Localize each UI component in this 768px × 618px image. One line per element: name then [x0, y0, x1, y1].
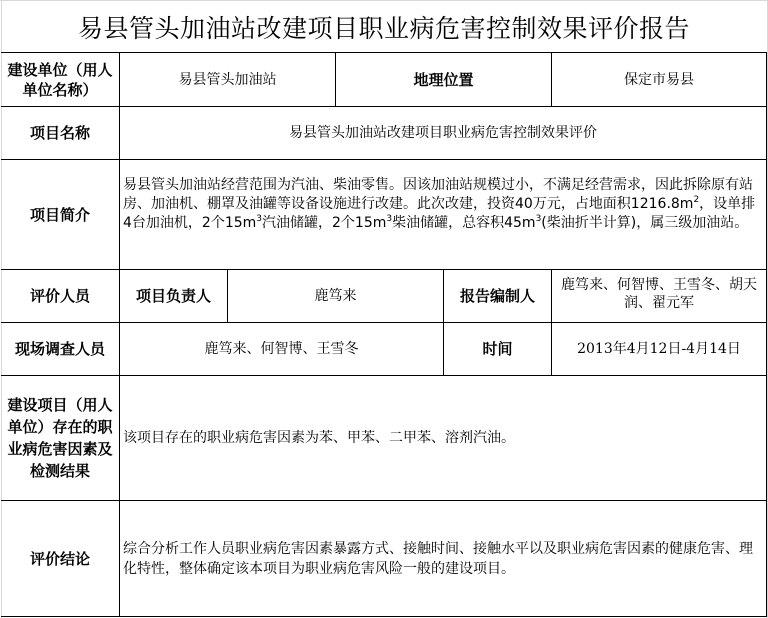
survey-staff-label-text: 现场调查人员 — [15, 339, 105, 359]
evaluators-label: 评价人员 — [1, 270, 120, 323]
project-intro-label: 项目简介 — [1, 160, 120, 270]
hazards-label: 建设项目（用人单位）存在的职业病危害因素及检测结果 — [1, 376, 120, 501]
report-compiler-label-text: 报告编制人 — [460, 286, 535, 306]
intro-text-3: 汽油储罐，2个15m — [262, 215, 386, 231]
location-label-text: 地理位置 — [413, 70, 473, 90]
hazards-value-text: 该项目存在的职业病危害因素为苯、甲苯、二甲苯、溶剂汽油。 — [123, 429, 515, 447]
conclusion-value-text: 综合分析工作人员职业病危害因素暴露方式、接触时间、接触水平以及职业病危害因素的健… — [123, 539, 764, 579]
project-name-label-text: 项目名称 — [30, 123, 90, 143]
time-value: 2013年4月12日-4月14日 — [552, 323, 767, 376]
project-leader-value-text: 鹿笃来 — [315, 287, 357, 305]
unit-value: 易县管头加油站 — [120, 53, 336, 107]
conclusion-label-text: 评价结论 — [30, 549, 90, 569]
report-compiler-value-text: 鹿笃来、何智博、王雪冬、胡天润、翟元军 — [554, 276, 764, 312]
project-leader-label-text: 项目负责人 — [136, 286, 211, 306]
survey-staff-label: 现场调查人员 — [1, 323, 120, 376]
location-value-text: 保定市易县 — [624, 71, 694, 89]
time-label-text: 时间 — [482, 339, 512, 359]
survey-staff-value: 鹿笃来、何智博、王雪冬 — [120, 323, 444, 376]
project-intro-text: 易县管头加油站经营范围为汽油、柴油零售。因该加油站规模过小，不满足经营需求，因此… — [123, 176, 764, 233]
hazards-value: 该项目存在的职业病危害因素为苯、甲苯、二甲苯、溶剂汽油。 — [120, 376, 767, 501]
survey-staff-value-text: 鹿笃来、何智博、王雪冬 — [205, 340, 359, 358]
time-label: 时间 — [444, 323, 552, 376]
intro-text-4: 柴油储罐，总容积45m — [392, 215, 535, 231]
project-name-value: 易县管头加油站改建项目职业病危害控制效果评价 — [120, 107, 767, 160]
project-leader-label: 项目负责人 — [120, 270, 228, 323]
conclusion-value: 综合分析工作人员职业病危害因素暴露方式、接触时间、接触水平以及职业病危害因素的健… — [120, 501, 767, 617]
report-compiler-value: 鹿笃来、何智博、王雪冬、胡天润、翟元军 — [552, 270, 767, 323]
location-value: 保定市易县 — [552, 53, 767, 107]
unit-label: 建设单位（用人单位名称） — [1, 53, 120, 107]
project-intro-label-text: 项目简介 — [30, 205, 90, 225]
project-name-label: 项目名称 — [1, 107, 120, 160]
unit-value-text: 易县管头加油站 — [179, 71, 277, 89]
hazards-label-text: 建设项目（用人单位）存在的职业病危害因素及检测结果 — [5, 394, 115, 482]
conclusion-label: 评价结论 — [1, 501, 120, 617]
time-value-text: 2013年4月12日-4月14日 — [577, 340, 741, 358]
intro-text-5: (柴油折半计算)，属三级加油站。 — [541, 215, 748, 231]
report-title: 易县管头加油站改建项目职业病危害控制效果评价报告 — [2, 1, 766, 52]
location-label: 地理位置 — [336, 53, 552, 107]
unit-label-text: 建设单位（用人单位名称） — [3, 60, 117, 100]
project-name-value-text: 易县管头加油站改建项目职业病危害控制效果评价 — [289, 124, 597, 142]
report-compiler-label: 报告编制人 — [444, 270, 552, 323]
intro-text-1: 易县管头加油站经营范围为汽油、柴油零售。因该加油站规模过小，不满足经营需求，因此… — [123, 177, 753, 212]
project-leader-value: 鹿笃来 — [228, 270, 444, 323]
project-intro-value: 易县管头加油站经营范围为汽油、柴油零售。因该加油站规模过小，不满足经营需求，因此… — [120, 160, 767, 270]
evaluators-label-text: 评价人员 — [30, 286, 90, 306]
